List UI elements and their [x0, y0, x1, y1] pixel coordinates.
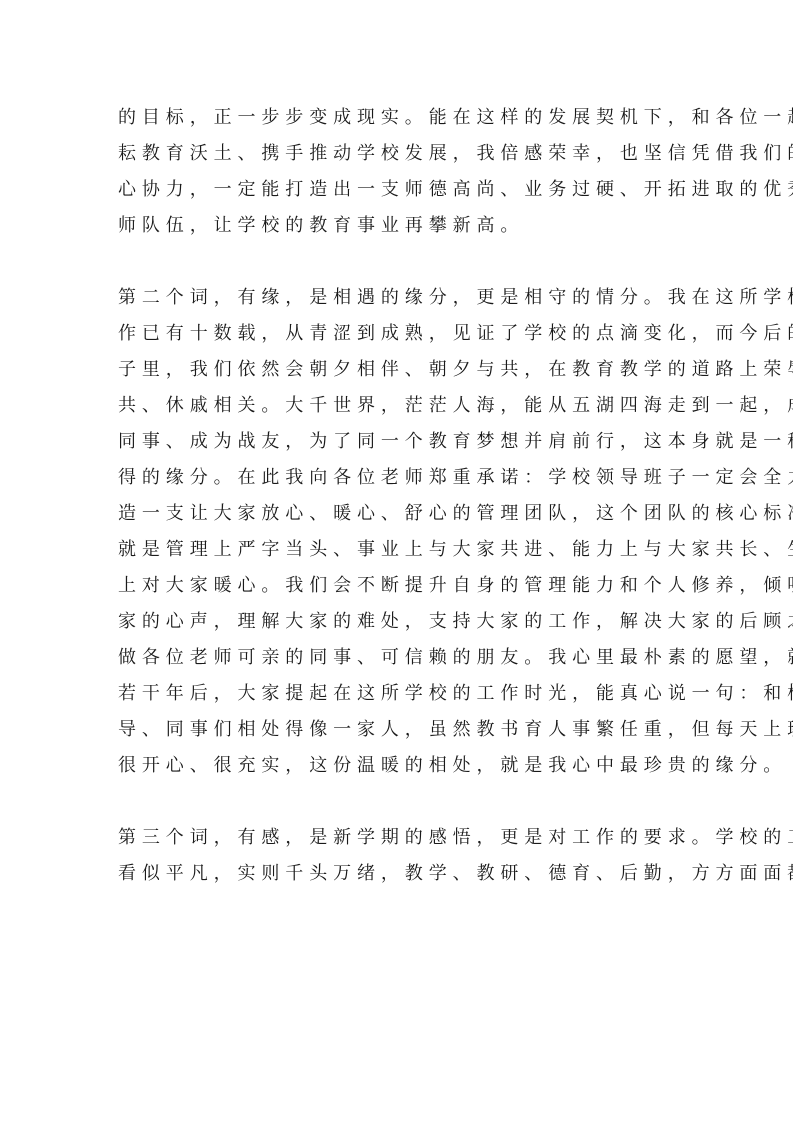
document-page: 的目标，正一步步变成现实。能在这样的发展契机下，和各位一起耕 耘教育沃土、携手推…: [118, 100, 678, 928]
paragraph-second-word-fate: 第二个词，有缘，是相遇的缘分，更是相守的情分。我在这所学校工 作已有十数载，从青…: [118, 280, 678, 784]
text-line: 造一支让大家放心、暖心、舒心的管理团队，这个团队的核心标准，: [118, 496, 678, 532]
text-line: 子里，我们依然会朝夕相伴、朝夕与共，在教育教学的道路上荣辱与: [118, 352, 678, 388]
text-line: 的目标，正一步步变成现实。能在这样的发展契机下，和各位一起耕: [118, 100, 678, 136]
text-line: 导、同事们相处得像一家人，虽然教书育人事繁任重，但每天上班都: [118, 712, 678, 748]
text-line: 上对大家暖心。我们会不断提升自身的管理能力和个人修养，倾听大: [118, 568, 678, 604]
text-line: 家的心声，理解大家的难处，支持大家的工作，解决大家的后顾之忧，: [118, 604, 678, 640]
text-line: 耘教育沃土、携手推动学校发展，我倍感荣幸，也坚信凭借我们的同: [118, 136, 678, 172]
text-line: 就是管理上严字当头、事业上与大家共进、能力上与大家共长、生活: [118, 532, 678, 568]
text-line: 得的缘分。在此我向各位老师郑重承诺：学校领导班子一定会全力打: [118, 460, 678, 496]
text-line: 心协力，一定能打造出一支师德高尚、业务过硬、开拓进取的优秀教: [118, 172, 678, 208]
text-line: 若干年后，大家提起在这所学校的工作时光，能真心说一句：和校领: [118, 676, 678, 712]
paragraph-goal-continuation: 的目标，正一步步变成现实。能在这样的发展契机下，和各位一起耕 耘教育沃土、携手推…: [118, 100, 678, 244]
text-line: 看似平凡，实则千头万绪，教学、教研、德育、后勤，方方面面都需: [118, 856, 678, 892]
text-line: 同事、成为战友，为了同一个教育梦想并肩前行，这本身就是一种难: [118, 424, 678, 460]
text-line: 第二个词，有缘，是相遇的缘分，更是相守的情分。我在这所学校工: [118, 280, 678, 316]
text-line: 第三个词，有感，是新学期的感悟，更是对工作的要求。学校的工作: [118, 820, 678, 856]
text-line: 很开心、很充实，这份温暖的相处，就是我心中最珍贵的缘分。: [118, 748, 678, 784]
text-line: 师队伍，让学校的教育事业再攀新高。: [118, 208, 678, 244]
text-line: 做各位老师可亲的同事、可信赖的朋友。我心里最朴素的愿望，就是: [118, 640, 678, 676]
text-line: 共、休戚相关。大千世界，茫茫人海，能从五湖四海走到一起，成为: [118, 388, 678, 424]
text-line: 作已有十数载，从青涩到成熟，见证了学校的点滴变化，而今后的日: [118, 316, 678, 352]
paragraph-third-word-feeling: 第三个词，有感，是新学期的感悟，更是对工作的要求。学校的工作 看似平凡，实则千头…: [118, 820, 678, 892]
